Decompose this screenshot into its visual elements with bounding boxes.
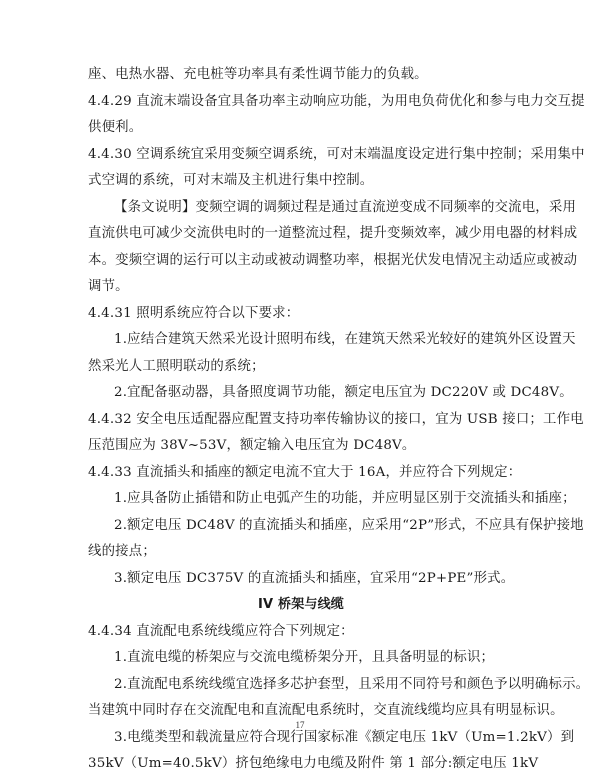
text-line: 直流供电可减少交流供电时的一道整流过程，提升变频效率，减少用电器的材料成 (88, 221, 514, 248)
list-item: 2.直流配电系统线缆宜选择多芯护套型，且采用不同符号和颜色予以明确标示。 (88, 672, 514, 699)
list-item: 1.应结合建筑天然采光设计照明布线，在建筑天然采光较好的建筑外区设置天 (88, 327, 514, 354)
list-item: 1.直流电缆的桥架应与交流电缆桥架分开，且具备明显的标识； (88, 645, 514, 672)
text-line: 然采光人工照明联动的系统； (88, 354, 514, 381)
list-item: 3.额定电压 DC375V 的直流插头和插座，宜采用“2P+PE”形式。 (88, 566, 514, 593)
clause-explanation: 【条文说明】变频空调的调频过程是通过直流逆变成不同频率的交流电，采用 (88, 195, 514, 222)
clause-4-4-34: 4.4.34 直流配电系统线缆应符合下列规定： (88, 619, 514, 646)
clause-4-4-31: 4.4.31 照明系统应符合以下要求： (88, 301, 514, 328)
text-line: 35kV（Um=40.5kV）挤包绝缘电力电缆及附件 第 1 部分:额定电压 1… (88, 751, 514, 776)
clause-4-4-30: 4.4.30 空调系统宜采用变频空调系统，可对末端温度设定进行集中控制；采用集中 (88, 142, 514, 169)
text-line: 线的接点； (88, 539, 514, 566)
text-line: 供便利。 (88, 115, 514, 142)
page-number: 17 (0, 720, 600, 730)
text-line: 本。变频空调的运行可以主动或被动调整功率，根据光伏发电情况主动适应或被动 (88, 248, 514, 275)
text-line: 座、电热水器、充电桩等功率具有柔性调节能力的负载。 (88, 62, 514, 89)
list-item: 1.应具备防止插错和防止电弧产生的功能，并应明显区别于交流插头和插座； (88, 486, 514, 513)
document-body: 座、电热水器、充电桩等功率具有柔性调节能力的负载。 4.4.29 直流末端设备宜… (88, 62, 514, 776)
text-line: 式空调的系统，可对末端及主机进行集中控制。 (88, 168, 514, 195)
clause-4-4-29: 4.4.29 直流末端设备宜具备功率主动响应功能，为用电负荷优化和参与电力交互提 (88, 89, 514, 116)
clause-4-4-33: 4.4.33 直流插头和插座的额定电流不宜大于 16A，并应符合下列规定： (88, 460, 514, 487)
list-item: 2.额定电压 DC48V 的直流插头和插座，应采用“2P”形式，不应具有保护接地 (88, 513, 514, 540)
list-item: 2.宜配备驱动器，具备照度调节功能，额定电压宜为 DC220V 或 DC48V。 (88, 380, 514, 407)
clause-4-4-32: 4.4.32 安全电压适配器应配置支持功率传输协议的接口，宜为 USB 接口；工… (88, 407, 514, 434)
section-heading: IV 桥架与线缆 (88, 592, 514, 619)
text-line: 压范围应为 38V~53V，额定输入电压宜为 DC48V。 (88, 433, 514, 460)
text-line: 调节。 (88, 274, 514, 301)
